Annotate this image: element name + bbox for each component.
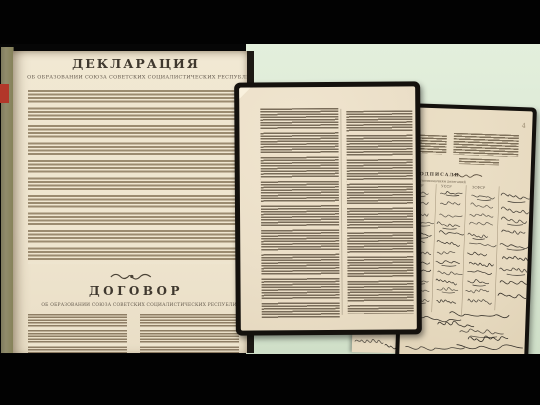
ornament-divider [109,266,155,285]
treaty-text-column-left [260,108,339,319]
column-divider-rule [340,109,342,315]
page-dogear [239,88,250,99]
treaty-column-right [140,314,239,353]
letterbox-bar-top [0,0,540,44]
declaration-body-text [28,90,239,264]
slide: ДЕКЛАРАЦИЯ ОБ ОБРАЗОВАНИИ СОЮЗА СОВЕТСКИ… [0,0,540,405]
treaty-text-paper [239,86,417,330]
treaty-title: ДОГОВОР [31,284,241,298]
declaration-title: ДЕКЛАРАЦИЯ [31,56,241,71]
declaration-document: ДЕКЛАРАЦИЯ ОБ ОБРАЗОВАНИИ СОЮЗА СОВЕТСКИ… [13,51,254,353]
treaty-subtitle: ОБ ОБРАЗОВАНИИ СОЮЗА СОВЕТСКИХ СОЦИАЛИСТ… [41,302,240,307]
declaration-subtitle: ОБ ОБРАЗОВАНИИ СОЮЗА СОВЕТСКИХ СОЦИАЛИСТ… [27,74,254,80]
treaty-column-left [28,314,127,353]
letterbox-bar-bottom [0,354,540,405]
treaty-two-column-text [28,314,239,353]
treaty-text-column-right [346,110,413,313]
treaty-text-document [234,81,422,335]
red-accent-block [0,84,9,103]
